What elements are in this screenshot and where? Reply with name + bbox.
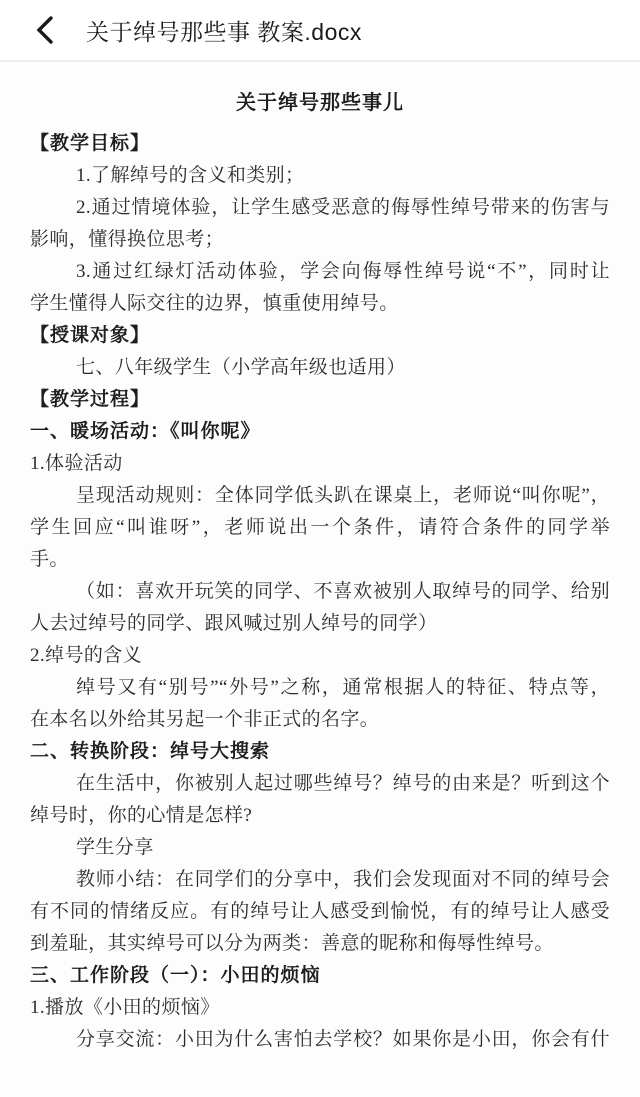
doc-text-line: 有不同的情绪反应。有的绰号让人感受到愉悦，有的绰号让人感受 bbox=[30, 896, 610, 928]
doc-heading-line: 【授课对象】 bbox=[30, 320, 610, 352]
document-page: 关于绰号那些事儿 【教学目标】1.了解绰号的含义和类别；2.通过情境体验，让学生… bbox=[0, 62, 640, 1056]
doc-text-line: 呈现活动规则：全体同学低头趴在课桌上，老师说“叫你呢”， bbox=[30, 480, 610, 512]
doc-text-line: 学生分享 bbox=[30, 832, 610, 864]
doc-text-line: 到羞耻，其实绰号可以分为两类：善意的昵称和侮辱性绰号。 bbox=[30, 928, 610, 960]
document-body: 【教学目标】1.了解绰号的含义和类别；2.通过情境体验，让学生感受恶意的侮辱性绰… bbox=[30, 128, 610, 1056]
back-button[interactable] bbox=[34, 10, 68, 50]
doc-text-line: 1.了解绰号的含义和类别； bbox=[30, 160, 610, 192]
doc-text-line: 在生活中，你被别人起过哪些绰号？绰号的由来是？听到这个 bbox=[30, 768, 610, 800]
header-bar: 关于绰号那些事 教案.docx bbox=[0, 0, 640, 62]
doc-text-line: 影响，懂得换位思考； bbox=[30, 224, 610, 256]
doc-text-line: 学生回应“叫谁呀”，老师说出一个条件，请符合条件的同学举 bbox=[30, 512, 610, 544]
doc-heading-line: 一、暖场活动：《叫你呢》 bbox=[30, 416, 610, 448]
doc-text-line: 人去过绰号的同学、跟风喊过别人绰号的同学） bbox=[30, 608, 610, 640]
doc-text-line: 绰号时，你的心情是怎样? bbox=[30, 800, 610, 832]
doc-text-line: 手。 bbox=[30, 544, 610, 576]
doc-text-line: 教师小结：在同学们的分享中，我们会发现面对不同的绰号会 bbox=[30, 864, 610, 896]
doc-text-line: 1.播放《小田的烦恼》 bbox=[30, 992, 610, 1024]
doc-text-line: 1.体验活动 bbox=[30, 448, 610, 480]
doc-heading-line: 【教学过程】 bbox=[30, 384, 610, 416]
document-title: 关于绰号那些事儿 bbox=[30, 86, 610, 120]
document-viewer: 关于绰号那些事 教案.docx 关于绰号那些事儿 【教学目标】1.了解绰号的含义… bbox=[0, 0, 640, 1097]
doc-heading-line: 【教学目标】 bbox=[30, 128, 610, 160]
doc-text-line: 2.绰号的含义 bbox=[30, 640, 610, 672]
document-scroll-area[interactable]: 关于绰号那些事儿 【教学目标】1.了解绰号的含义和类别；2.通过情境体验，让学生… bbox=[0, 62, 640, 1097]
doc-text-line: 分享交流：小田为什么害怕去学校？如果你是小田，你会有什 bbox=[30, 1024, 610, 1056]
doc-text-line: 在本名以外给其另起一个非正式的名字。 bbox=[30, 704, 610, 736]
document-filename: 关于绰号那些事 教案.docx bbox=[86, 14, 362, 47]
doc-text-line: 2.通过情境体验，让学生感受恶意的侮辱性绰号带来的伤害与 bbox=[30, 192, 610, 224]
doc-text-line: 绰号又有“别号”“外号”之称，通常根据人的特征、特点等， bbox=[30, 672, 610, 704]
chevron-left-icon bbox=[34, 15, 56, 45]
doc-heading-line: 二、转换阶段：绰号大搜索 bbox=[30, 736, 610, 768]
doc-text-line: 七、八年级学生（小学高年级也适用） bbox=[30, 352, 610, 384]
doc-text-line: 3.通过红绿灯活动体验，学会向侮辱性绰号说“不”，同时让 bbox=[30, 256, 610, 288]
doc-heading-line: 三、工作阶段（一）：小田的烦恼 bbox=[30, 960, 610, 992]
doc-text-line: （如：喜欢开玩笑的同学、不喜欢被别人取绰号的同学、给别 bbox=[30, 576, 610, 608]
doc-text-line: 学生懂得人际交往的边界，慎重使用绰号。 bbox=[30, 288, 610, 320]
